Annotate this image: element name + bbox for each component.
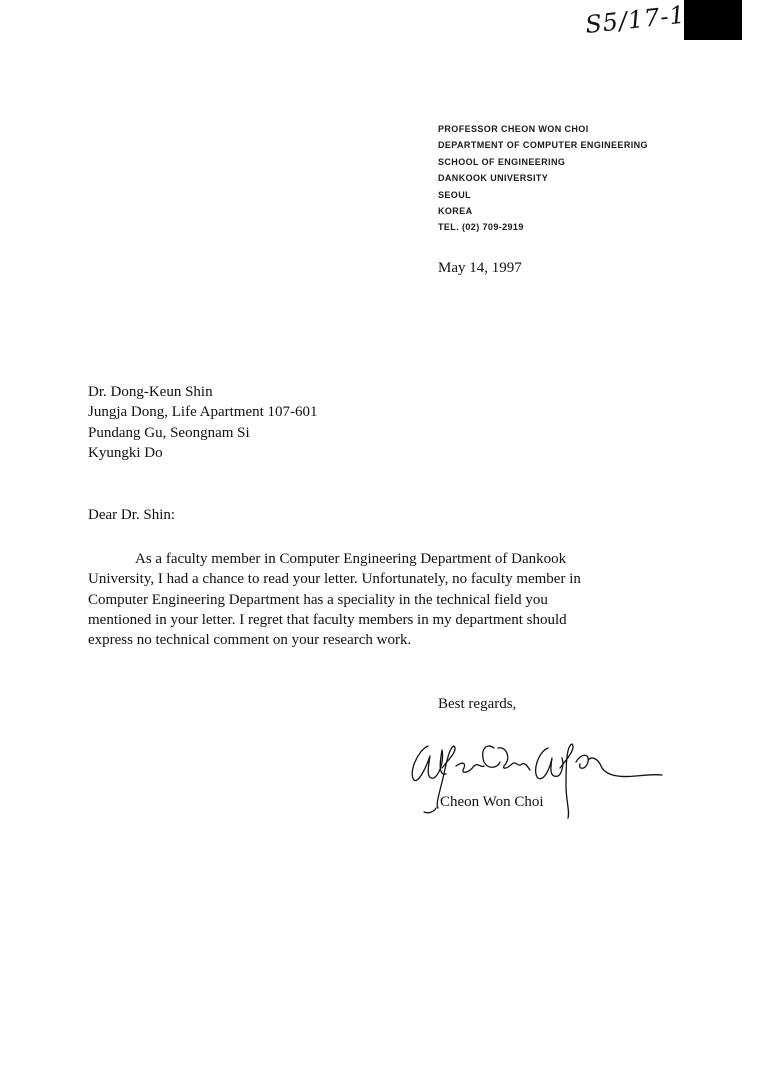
letter-date: May 14, 1997 (438, 260, 522, 277)
redaction-block (684, 0, 742, 40)
signer-name: Cheon Won Choi (440, 794, 544, 811)
letterhead-name: Professor Cheon Won Choi (438, 121, 648, 137)
letterhead-school: School of Engineering (438, 154, 648, 170)
closing: Best regards, (438, 696, 516, 713)
recipient-name: Dr. Dong-Keun Shin (88, 382, 318, 402)
recipient-district: Pundang Gu, Seongnam Si (88, 423, 318, 443)
letterhead-country: Korea (438, 203, 648, 219)
letterhead-university: Dankook University (438, 170, 648, 186)
recipient-province: Kyungki Do (88, 443, 318, 463)
letterhead-telephone: Tel. (02) 709-2919 (438, 219, 648, 235)
recipient-address: Dr. Dong-Keun Shin Jungja Dong, Life Apa… (88, 382, 318, 463)
letterhead: Professor Cheon Won Choi Department of C… (438, 121, 648, 236)
letterhead-department: Department of Computer Engineering (438, 137, 648, 153)
salutation: Dear Dr. Shin: (88, 507, 175, 524)
letterhead-city: Seoul (438, 187, 648, 203)
letter-body: As a faculty member in Computer Engineer… (88, 549, 608, 650)
recipient-street: Jungja Dong, Life Apartment 107-601 (88, 402, 318, 422)
